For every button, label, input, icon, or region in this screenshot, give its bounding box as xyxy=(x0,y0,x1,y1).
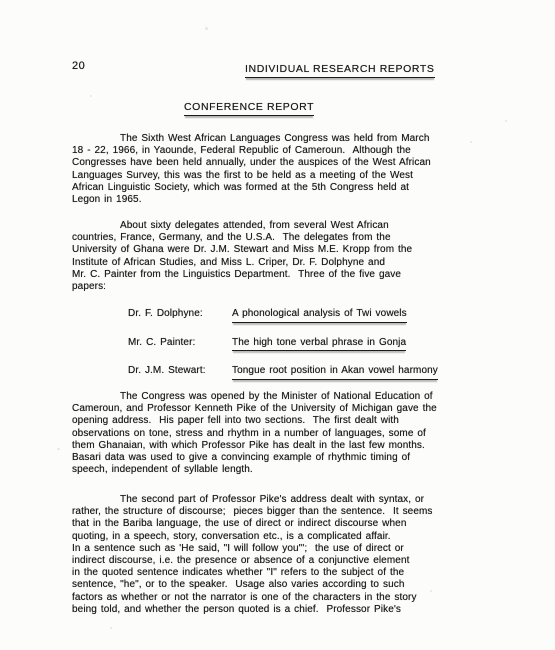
scan-speck xyxy=(57,448,60,450)
paper-speaker: Dr. J.M. Stewart: xyxy=(128,365,232,376)
paper-row: Dr. F. Dolphyne: A phonological analysis… xyxy=(128,308,438,337)
paper-row: Mr. C. Painter: The high tone verbal phr… xyxy=(128,337,438,366)
scan-speck xyxy=(205,27,208,30)
paragraph-pike-address-part1: The Congress was opened by the Minister … xyxy=(72,391,437,476)
papers-list: Dr. F. Dolphyne: A phonological analysis… xyxy=(128,308,438,394)
paper-row: Dr. J.M. Stewart: Tongue root position i… xyxy=(128,365,438,394)
scan-speck xyxy=(470,141,472,143)
paper-speaker: Dr. F. Dolphyne: xyxy=(128,308,232,319)
report-title: CONFERENCE REPORT xyxy=(184,101,314,116)
scan-speck xyxy=(110,627,112,629)
paper-title: The high tone verbal phrase in Gonja xyxy=(232,337,406,352)
page-number: 20 xyxy=(72,60,85,72)
scan-speck xyxy=(505,120,507,122)
paper-title: Tongue root position in Akan vowel harmo… xyxy=(232,365,438,380)
paper-title: A phonological analysis of Twi vowels xyxy=(232,308,407,323)
paragraph-congress-overview: The Sixth West African Languages Congres… xyxy=(72,133,431,206)
paragraph-pike-address-part2: The second part of Professor Pike's addr… xyxy=(72,494,433,616)
paper-speaker: Mr. C. Painter: xyxy=(128,337,232,348)
scan-speck xyxy=(430,590,432,592)
running-head: INDIVIDUAL RESEARCH REPORTS xyxy=(245,63,435,78)
scan-speck xyxy=(90,95,92,97)
scanned-document-page: 20 INDIVIDUAL RESEARCH REPORTS CONFERENC… xyxy=(0,0,555,650)
paragraph-delegates: About sixty delegates attended, from sev… xyxy=(72,220,412,293)
